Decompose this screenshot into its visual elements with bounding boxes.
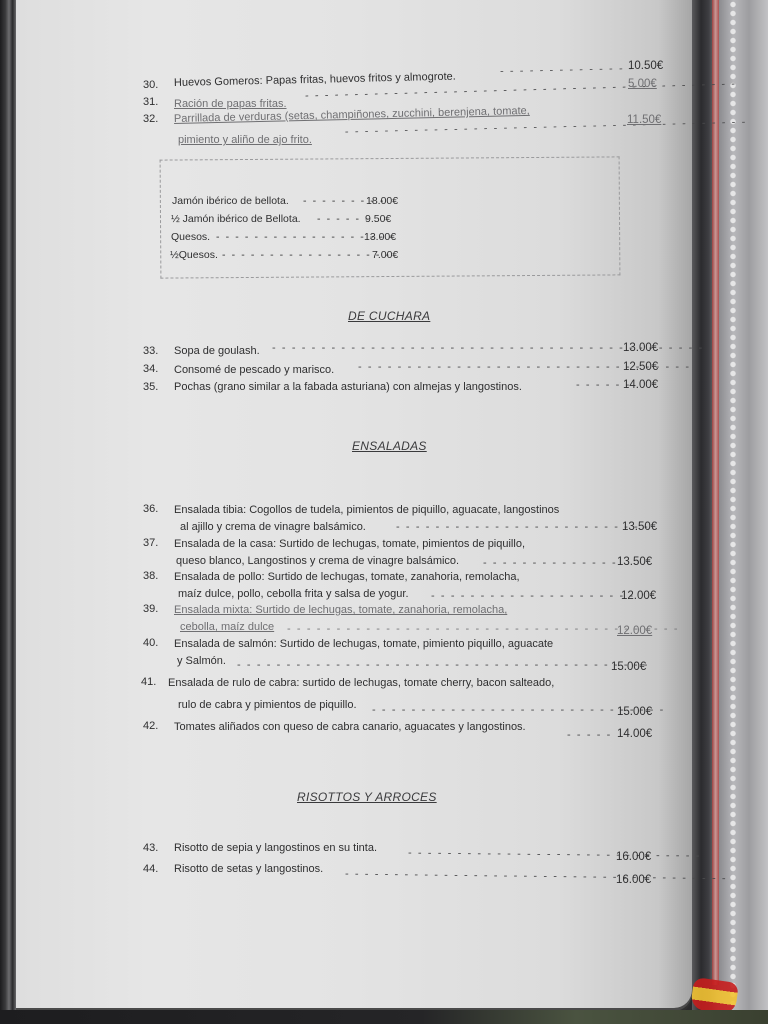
item-number: 38. — [143, 570, 158, 582]
item-number: 33. — [143, 345, 158, 357]
item-number: 41. — [141, 676, 156, 688]
item-price: 16.00€ — [616, 874, 651, 886]
leader-dots: - - - - - - — [317, 213, 370, 225]
item-price: 5.00€ — [628, 78, 657, 90]
sheet-protector-holes — [728, 0, 738, 1024]
box-item-label: ½Quesos. — [170, 249, 218, 261]
leader-dots: - - - - - - - - - - - - - - - - - - - - … — [345, 866, 727, 888]
item-description-line2: queso blanco, Langostinos y crema de vin… — [176, 553, 459, 570]
bookmark-ribbon — [712, 0, 719, 985]
item-description: Ensalada de salmón: Surtido de lechugas,… — [174, 636, 553, 653]
item-description-line2: rulo de cabra y pimientos de piquillo. — [178, 697, 357, 714]
box-item-label: Quesos. — [171, 231, 210, 243]
item-price: 16.00€ — [616, 851, 651, 863]
leader-dots: - - - - - - - - - - - - - - - - - - - - … — [396, 519, 649, 536]
item-number: 43. — [143, 842, 158, 854]
leader-dots: - - - - - - - - - - - - - - - - - - - - … — [408, 845, 701, 865]
table-surface — [0, 1010, 768, 1024]
item-number: 44. — [143, 863, 158, 875]
item-number: 32. — [143, 113, 158, 125]
item-description: Ensalada de rulo de cabra: surtido de le… — [168, 675, 554, 692]
item-price: 15.00€ — [617, 706, 652, 718]
item-description: Ensalada de pollo: Surtido de lechugas, … — [174, 569, 520, 586]
leader-dots: - - - - - - - - - - - - - - - - - - — [222, 249, 391, 261]
item-number: 35. — [143, 381, 158, 393]
item-price: 13.00€ — [623, 342, 658, 354]
item-price: 10.50€ — [628, 60, 663, 72]
item-number: 40. — [143, 637, 158, 649]
item-price: 14.00€ — [623, 379, 658, 391]
item-number: 34. — [143, 363, 158, 375]
item-price: 12.00€ — [621, 590, 656, 602]
box-item-price: 9.50€ — [365, 213, 391, 225]
item-number: 31. — [143, 96, 158, 108]
leader-dots: - - - - - - - - - - - - - - - - - - - - … — [237, 657, 649, 674]
section-title-de-cuchara: DE CUCHARA — [348, 309, 430, 323]
menu-content: 30. Huevos Gomeros: Papas fritas, huevos… — [0, 0, 692, 1008]
item-description-line2: pimiento y aliño de ajo frito. — [178, 132, 312, 149]
box-item-price: 13.00€ — [364, 231, 396, 243]
box-item-price: 18.00€ — [366, 195, 398, 207]
item-description: Consomé de pescado y marisco. — [174, 362, 334, 379]
item-description: Ensalada de la casa: Surtido de lechugas… — [174, 536, 525, 553]
item-price: 13.50€ — [617, 556, 652, 568]
item-price: 15.00€ — [611, 661, 646, 673]
item-price: 12.00€ — [617, 625, 652, 637]
item-price: 14.00€ — [617, 728, 652, 740]
section-title-ensaladas: ENSALADAS — [352, 439, 427, 453]
item-description: Pochas (grano similar a la fabada asturi… — [174, 379, 522, 396]
item-price: 11.50€ — [627, 114, 661, 126]
item-price: 12.50€ — [623, 361, 658, 373]
item-description-line2: al ajillo y crema de vinagre balsámico. — [180, 519, 366, 536]
item-number: 36. — [143, 503, 158, 515]
item-description: Ensalada tibia: Cogollos de tudela, pimi… — [174, 502, 559, 519]
item-description: Tomates aliñados con queso de cabra cana… — [174, 719, 526, 736]
item-number: 37. — [143, 537, 158, 549]
item-description: Sopa de goulash. — [174, 343, 260, 360]
leader-dots: - - - - - — [567, 727, 612, 744]
item-description: Risotto de setas y langostinos. — [174, 861, 323, 878]
item-description-line2: y Salmón. — [177, 653, 226, 670]
item-number: 30. — [143, 79, 158, 91]
item-description: Risotto de sepia y langostinos en su tin… — [174, 840, 377, 857]
item-description-line2: cebolla, maíz dulce — [180, 619, 274, 636]
leader-dots: - - - - - - - - - - - - - - — [500, 60, 635, 80]
box-item-label: ½ Jamón ibérico de Bellota. — [171, 213, 301, 225]
item-description-line2: maíz dulce, pollo, cebolla frita y salsa… — [178, 586, 409, 603]
item-description: Ensalada mixta: Surtido de lechugas, tom… — [174, 602, 507, 619]
item-price: 13.50€ — [622, 521, 657, 533]
box-item-label: Jamón ibérico de bellota. — [172, 195, 289, 207]
box-item-price: 7.00€ — [372, 249, 398, 261]
section-title-risottos: RISOTTOS Y ARROCES — [297, 790, 437, 804]
item-number: 42. — [143, 720, 158, 732]
item-number: 39. — [143, 603, 158, 615]
